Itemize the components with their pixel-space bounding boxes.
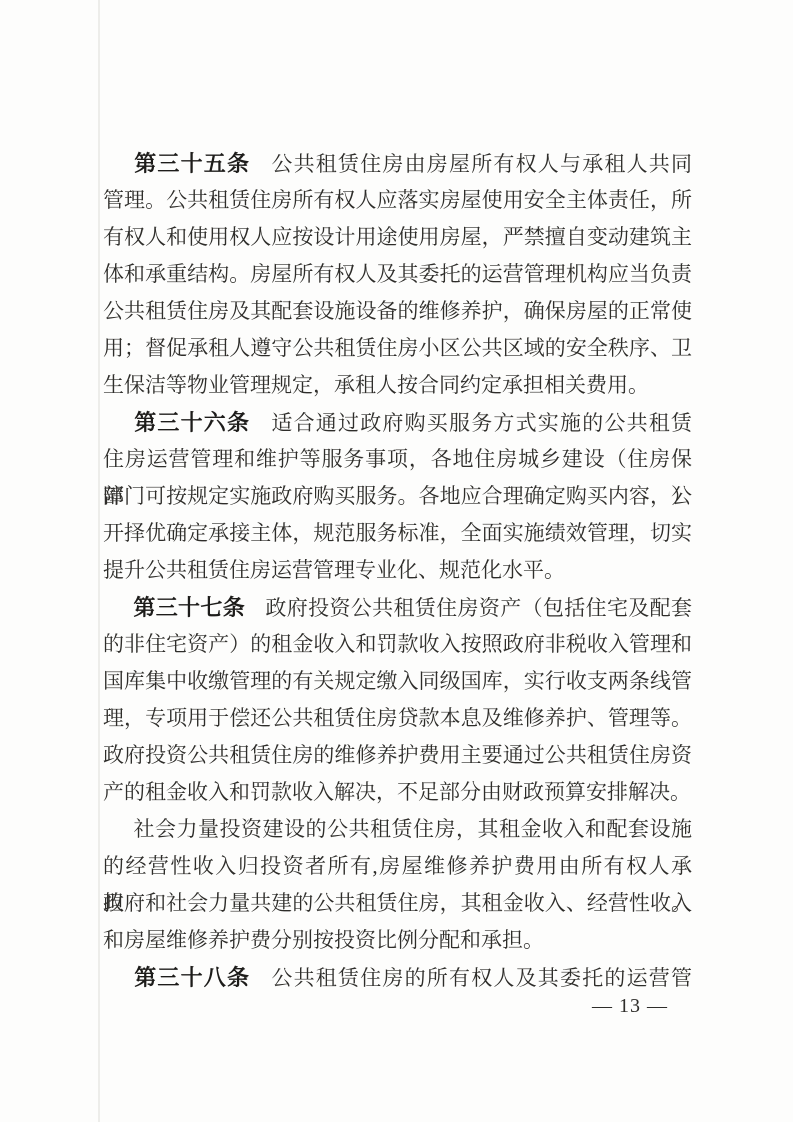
line-text: 政府投资公共租赁住房资产（包括住宅及配套 xyxy=(265,596,692,620)
line-text: 部门可按规定实施政府购买服务。各地应合理确定购买内容，公 xyxy=(103,484,692,508)
page-number: — 13 — xyxy=(103,995,668,1018)
line-text: 和房屋维修养护费分别按投资比例分配和承担。 xyxy=(103,928,544,952)
line-text: 提升公共租赁住房运营管理专业化、规范化水平。 xyxy=(103,558,565,582)
document-line: 公共租赁住房及其配套设施设备的维修养护，确保房屋的正常使 xyxy=(103,293,692,330)
document-line: 住房运营管理和维护等服务事项，各地住房城乡建设（住房保障） xyxy=(103,441,692,478)
document-line: 第三十六条适合通过政府购买服务方式实施的公共租赁 xyxy=(103,404,692,441)
document-line: 生保洁等物业管理规定，承租人按合同约定承担相关费用。 xyxy=(103,367,692,404)
line-text: 公共租赁住房及其配套设施设备的维修养护，确保房屋的正常使 xyxy=(103,299,692,323)
document-line: 政府和社会力量共建的公共租赁住房，其租金收入、经营性收入 xyxy=(103,885,692,922)
line-text: 公共租赁住房的所有权人及其委托的运营管 xyxy=(270,966,692,990)
document-line: 有权人和使用权人应按设计用途使用房屋，严禁擅自变动建筑主 xyxy=(103,219,692,256)
document-line: 政府投资公共租赁住房的维修养护费用主要通过公共租赁住房资 xyxy=(103,737,692,774)
article-number-heading: 第三十六条 xyxy=(133,410,250,435)
line-text: 有权人和使用权人应按设计用途使用房屋，严禁擅自变动建筑主 xyxy=(103,225,692,249)
line-text: 国库集中收缴管理的有关规定缴入同级国库，实行收支两条线管 xyxy=(103,669,692,693)
document-line: 部门可按规定实施政府购买服务。各地应合理确定购买内容，公 xyxy=(103,478,692,515)
document-body: 第三十五条公共租赁住房由房屋所有权人与承租人共同管理。公共租赁住房所有权人应落实… xyxy=(103,145,692,996)
document-line: 第三十七条政府投资公共租赁住房资产（包括住宅及配套 xyxy=(103,589,692,626)
document-line: 第三十八条公共租赁住房的所有权人及其委托的运营管 xyxy=(103,959,692,996)
document-line: 用；督促承租人遵守公共租赁住房小区公共区域的安全秩序、卫 xyxy=(103,330,692,367)
line-text: 的非住宅资产）的租金收入和罚款收入按照政府非税收入管理和 xyxy=(103,632,692,656)
document-line: 提升公共租赁住房运营管理专业化、规范化水平。 xyxy=(103,552,692,589)
document-line: 的非住宅资产）的租金收入和罚款收入按照政府非税收入管理和 xyxy=(103,626,692,663)
document-line: 国库集中收缴管理的有关规定缴入同级国库，实行收支两条线管 xyxy=(103,663,692,700)
article-number-heading: 第三十五条 xyxy=(133,151,250,176)
line-text: 公共租赁住房由房屋所有权人与承租人共同 xyxy=(270,152,692,176)
document-line: 体和承重结构。房屋所有权人及其委托的运营管理机构应当负责 xyxy=(103,256,692,293)
line-text: 体和承重结构。房屋所有权人及其委托的运营管理机构应当负责 xyxy=(103,262,692,286)
scan-artifact-line xyxy=(98,0,100,1122)
document-line: 第三十五条公共租赁住房由房屋所有权人与承租人共同 xyxy=(103,145,692,182)
document-line: 理，专项用于偿还公共租赁住房贷款本息及维修养护、管理等。 xyxy=(103,700,692,737)
line-text: 开择优确定承接主体，规范服务标准，全面实施绩效管理，切实 xyxy=(103,521,692,545)
line-text: 理，专项用于偿还公共租赁住房贷款本息及维修养护、管理等。 xyxy=(103,706,692,730)
document-page: 第三十五条公共租赁住房由房屋所有权人与承租人共同管理。公共租赁住房所有权人应落实… xyxy=(0,0,793,1122)
line-text: 政府和社会力量共建的公共租赁住房，其租金收入、经营性收入 xyxy=(103,891,692,915)
document-line: 开择优确定承接主体，规范服务标准，全面实施绩效管理，切实 xyxy=(103,515,692,552)
document-line: 的经营性收入归投资者所有,房屋维修养护费用由所有权人承担。 xyxy=(103,848,692,885)
line-text: 社会力量投资建设的公共租赁住房，其租金收入和配套设施 xyxy=(133,817,692,841)
document-line: 和房屋维修养护费分别按投资比例分配和承担。 xyxy=(103,922,692,959)
line-text: 政府投资公共租赁住房的维修养护费用主要通过公共租赁住房资 xyxy=(103,743,692,767)
document-line: 社会力量投资建设的公共租赁住房，其租金收入和配套设施 xyxy=(103,811,692,848)
document-line: 管理。公共租赁住房所有权人应落实房屋使用安全主体责任，所 xyxy=(103,182,692,219)
article-number-heading: 第三十八条 xyxy=(133,965,250,990)
line-text: 适合通过政府购买服务方式实施的公共租赁 xyxy=(270,411,692,435)
article-number-heading: 第三十七条 xyxy=(133,595,245,620)
line-text: 管理。公共租赁住房所有权人应落实房屋使用安全主体责任，所 xyxy=(103,188,692,212)
line-text: 生保洁等物业管理规定，承租人按合同约定承担相关费用。 xyxy=(103,373,649,397)
line-text: 用；督促承租人遵守公共租赁住房小区公共区域的安全秩序、卫 xyxy=(103,336,692,360)
line-text: 产的租金收入和罚款收入解决，不足部分由财政预算安排解决。 xyxy=(103,780,691,804)
document-line: 产的租金收入和罚款收入解决，不足部分由财政预算安排解决。 xyxy=(103,774,692,811)
